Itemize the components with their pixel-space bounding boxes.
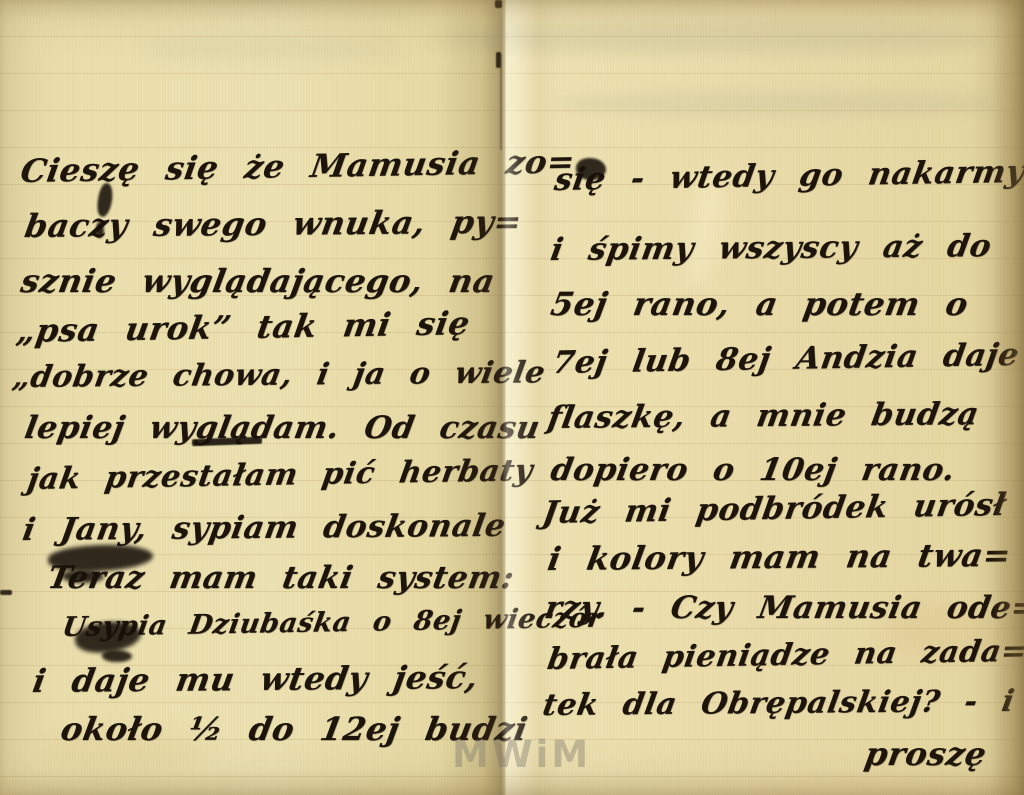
ink-blot xyxy=(576,158,606,180)
watermark: MWiM xyxy=(452,733,591,776)
handwritten-line: 5ej rano, a potem o xyxy=(548,285,971,323)
handwritten-line: rzy. - Czy Mamusia ode= xyxy=(542,590,1024,626)
handwritten-line: i śpimy wszyscy aż do xyxy=(548,228,994,268)
handwritten-line: i daje mu wtedy jeść, xyxy=(30,658,481,700)
ink-blot xyxy=(96,222,104,238)
ink-smear xyxy=(102,650,132,662)
handwritten-line: lepiej wyglądam. Od czasu xyxy=(22,410,543,446)
ink-speck xyxy=(495,0,502,8)
ink-smear xyxy=(62,570,104,583)
handwritten-line: tek dla Obrępalskiej? - i xyxy=(540,684,1017,723)
handwritten-line: „psa urok” tak mi się xyxy=(14,304,473,350)
handwritten-line: proszę xyxy=(862,735,990,773)
ink-dash-left-margin xyxy=(0,590,12,595)
fold-crease-mark xyxy=(500,54,502,150)
handwritten-line: sznie wyglądającego, na xyxy=(18,262,498,300)
handwritten-line: i Jany, sypiam doskonale xyxy=(20,508,509,548)
handwritten-line: flaszkę, a mnie budzą xyxy=(545,396,982,436)
letter-scan: Cieszę się że Mamusia zo=baczy swego wnu… xyxy=(0,0,1024,795)
handwritten-line: i kolory mam na twa= xyxy=(545,536,1014,578)
handwritten-line: „dobrze chowa, i ja o wiele xyxy=(10,355,548,395)
handwritten-line: dopiero o 10ej rano. xyxy=(548,452,958,488)
